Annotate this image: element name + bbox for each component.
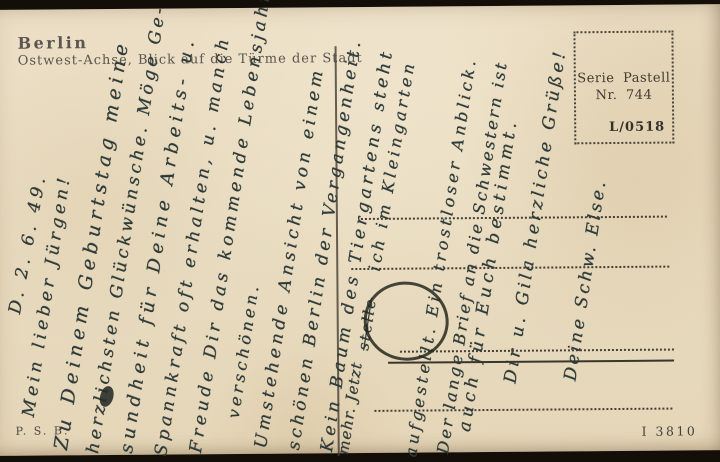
catalog-number: I 3810 [642, 423, 698, 438]
address-line-3 [400, 349, 674, 353]
series-code: L/0518 [609, 120, 665, 135]
stamp-box: Serie Pastell Nr. 744 L/0518 [573, 31, 674, 145]
series-label: Serie Pastell Nr. 744 [576, 70, 672, 105]
card-title: Berlin [17, 33, 88, 53]
address-line-2 [351, 266, 669, 270]
postcard-scan: Berlin Ostwest-Achse, Blick auf die Türm… [0, 0, 720, 462]
handwriting-signature: Deine Schw. Else. [560, 178, 610, 383]
postcard-back: Berlin Ostwest-Achse, Blick auf die Türm… [0, 4, 720, 456]
address-line-1 [361, 216, 667, 220]
